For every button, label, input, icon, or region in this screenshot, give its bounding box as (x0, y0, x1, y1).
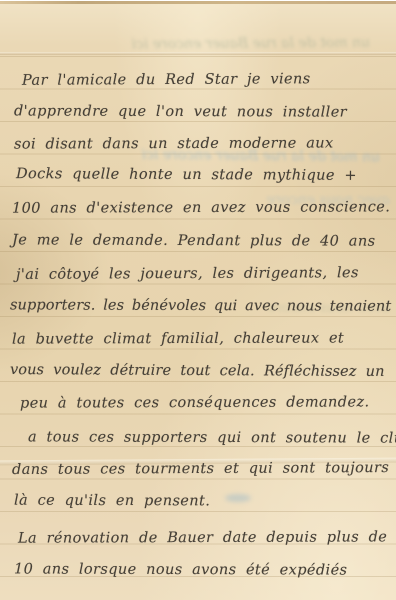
handwriting-line: Par l'amicale du Red Star je viens (22, 71, 311, 89)
handwriting-line: peu à toutes ces conséquences demandez. (20, 394, 370, 411)
handwriting-line: Je me le demande. Pendant plus de 40 ans (12, 232, 376, 249)
ink-smudge (225, 494, 251, 502)
handwriting-line: dans tous ces tourments et qui sont touj… (12, 460, 389, 478)
fold-crease-top (0, 52, 396, 55)
handwriting-line: a tous ces supporters qui ont soutenu le… (28, 429, 396, 446)
handwriting-line: supporters. les bénévoles qui avec nous … (10, 297, 391, 314)
handwriting-line: d'apprendre que l'on veut nous installer (14, 103, 347, 120)
handwriting-line: La rénovation de Bauer date depuis plus … (18, 529, 387, 546)
paper-top-edge (0, 1, 396, 4)
handwriting-line: la buvette climat familial, chaleureux e… (12, 330, 344, 347)
handwriting-line: soi disant dans un stade moderne aux (14, 135, 334, 152)
handwriting-line: j'ai côtoyé les joueurs, les dirigeants,… (16, 265, 359, 283)
handwriting-line: 100 ans d'existence en avez vous conscie… (12, 199, 390, 216)
handwriting-line: 10 ans lorsque nous avons été expédiés (14, 561, 347, 578)
handwriting-line: Docks quelle honte un stade mythique + (16, 166, 357, 184)
handwriting-line: vous voulez détruire tout cela. Réfléchi… (10, 362, 385, 380)
scanned-letter: un mot de la rue Bauer encore ici un mot… (0, 0, 396, 600)
handwriting-line: là ce qu'ils en pensent. (14, 493, 210, 510)
